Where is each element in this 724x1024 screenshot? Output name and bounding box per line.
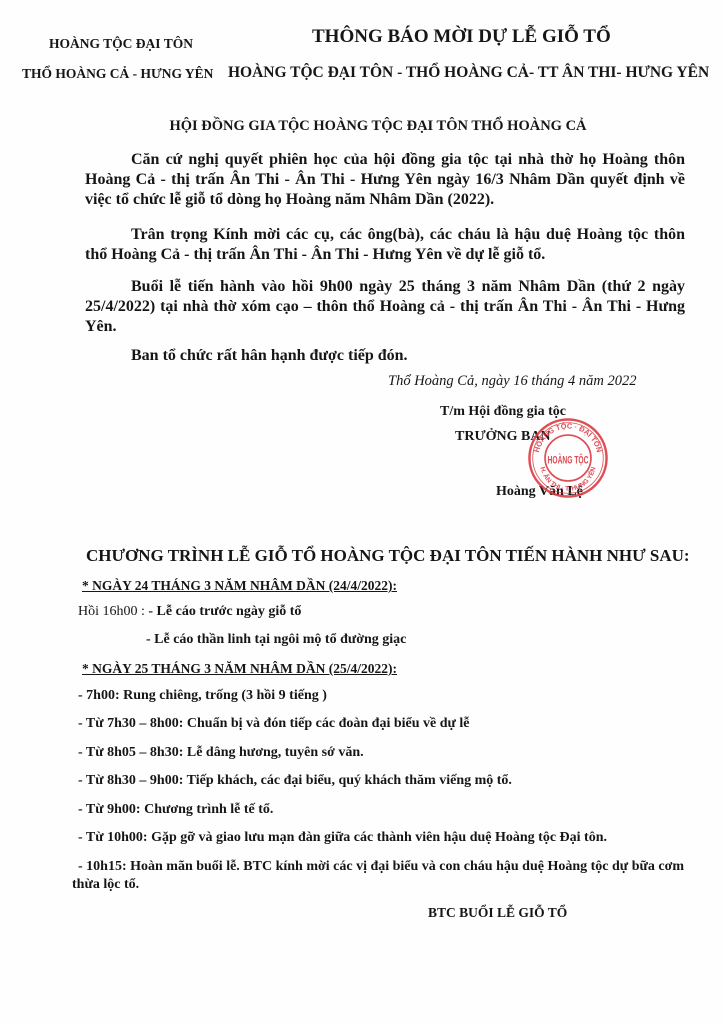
day2-heading: * NGÀY 25 THÁNG 3 NĂM NHÂM DẦN (25/4/202… [82, 661, 397, 677]
schedule-item: - Từ 8h30 – 9h00: Tiếp khách, các đại bi… [78, 773, 512, 789]
day1-item: - Lễ cáo thần linh tại ngôi mộ tổ đường … [146, 632, 406, 648]
org-location: THỔ HOÀNG CẢ - HƯNG YÊN [22, 66, 213, 82]
schedule-item: - Từ 10h00: Gặp gỡ và giao lưu mạn đàn g… [78, 830, 607, 846]
stamp-ring-top-text: HOÀNG TỘC · ĐẠI TÔN [532, 421, 604, 453]
org-name: HOÀNG TỘC ĐẠI TÔN [48, 36, 194, 52]
stamp-center-text: HOÀNG TỘC [548, 454, 589, 467]
schedule-item: - 10h15: Hoàn mãn buổi lễ. BTC kính mời … [72, 858, 712, 894]
council-heading: HỘI ĐỒNG GIA TỘC HOÀNG TỘC ĐẠI TÔN THỔ H… [166, 118, 590, 135]
schedule-item: - Từ 9h00: Chương trình lễ tế tổ. [78, 802, 273, 818]
schedule-item: - 7h00: Rung chiêng, trống (3 hồi 9 tiến… [78, 688, 327, 704]
paragraph-resolution: Căn cứ nghị quyết phiên học của hội đồng… [85, 150, 685, 210]
red-seal-stamp-icon: HOÀNG TỘC · ĐẠI TÔN H. ÂN THI · T. HƯNG … [527, 417, 609, 499]
day1-item-text: - Lễ cáo trước ngày giỗ tổ [148, 604, 301, 619]
schedule-item: - Từ 7h30 – 8h00: Chuẩn bị và đón tiếp c… [78, 716, 470, 732]
program-title: CHƯƠNG TRÌNH LỄ GIỖ TỔ HOÀNG TỘC ĐẠI TÔN… [86, 546, 690, 566]
schedule-item: - Từ 8h05 – 8h30: Lễ dâng hương, tuyên s… [78, 745, 364, 761]
document-title: THÔNG BÁO MỜI DỰ LỄ GIỖ TỔ [312, 26, 611, 48]
paragraph-event-time: Buổi lễ tiến hành vào hồi 9h00 ngày 25 t… [85, 277, 685, 337]
document-subtitle: HOÀNG TỘC ĐẠI TÔN - THỔ HOÀNG CẢ- TT ÂN … [228, 64, 709, 82]
day1-heading: * NGÀY 24 THÁNG 3 NĂM NHÂM DẦN (24/4/202… [82, 578, 397, 594]
paragraph-invitation: Trân trọng Kính mời các cụ, các ông(bà),… [85, 225, 685, 265]
svg-text:HOÀNG TỘC · ĐẠI TÔN: HOÀNG TỘC · ĐẠI TÔN [532, 421, 604, 453]
place-date: Thổ Hoàng Cả, ngày 16 tháng 4 năm 2022 [388, 373, 637, 390]
day1-item: Hồi 16h00 : - Lễ cáo trước ngày giỗ tổ [78, 604, 301, 620]
svg-text:H. ÂN THI · T. HƯNG YÊN: H. ÂN THI · T. HƯNG YÊN [538, 466, 597, 493]
day1-time: Hồi 16h00 : [78, 604, 148, 619]
organizing-committee-signoff: BTC BUỔI LỄ GIỖ TỔ [428, 905, 567, 921]
stamp-ring-bottom-text: H. ÂN THI · T. HƯNG YÊN [538, 466, 597, 493]
paragraph-welcome: Ban tổ chức rất hân hạnh được tiếp đón. [85, 346, 685, 366]
